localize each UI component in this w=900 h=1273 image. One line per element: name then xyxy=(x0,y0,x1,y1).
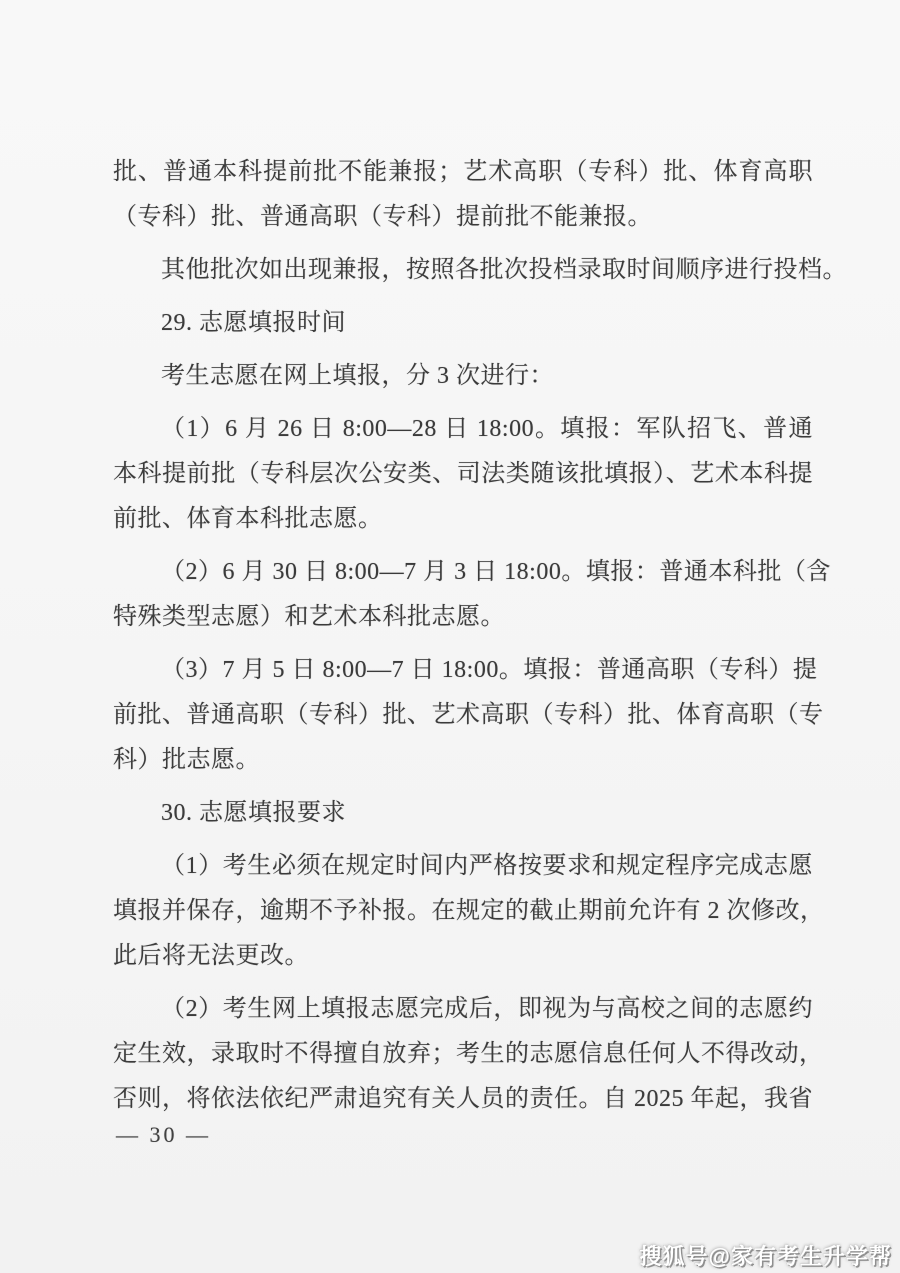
para-schedule-3-line-2: 前批、普通高职（专科）批、艺术高职（专科）批、体育高职（专 xyxy=(113,693,813,738)
para-schedule-2-line-1: （2）6 月 30 日 8:00—7 月 3 日 18:00。填报：普通本科批（… xyxy=(113,550,813,595)
para-requirement-2-line-2: 定生效，录取时不得擅自放弃；考生的志愿信息任何人不得改动， xyxy=(113,1032,813,1077)
para-schedule-1-line-1: （1）6 月 26 日 8:00—28 日 18:00。填报：军队招飞、普通 xyxy=(113,407,813,452)
para-requirement-2: （2）考生网上填报志愿完成后，即视为与高校之间的志愿约定生效，录取时不得擅自放弃… xyxy=(113,987,813,1122)
para-other-batches-line-1: 其他批次如出现兼报，按照各批次投档录取时间顺序进行投档。 xyxy=(113,248,813,293)
para-requirement-2-line-1: （2）考生网上填报志愿完成后，即视为与高校之间的志愿约 xyxy=(113,987,813,1032)
para-requirement-1-line-2: 填报并保存，逾期不予补报。在规定的截止期前允许有 2 次修改， xyxy=(113,889,813,934)
page-number: — 30 — xyxy=(116,1120,211,1150)
para-schedule-3: （3）7 月 5 日 8:00—7 日 18:00。填报：普通高职（专科）提前批… xyxy=(113,648,813,783)
para-batch-conflict-continued: 批、普通本科提前批不能兼报；艺术高职（专科）批、体育高职（专科）批、普通高职（专… xyxy=(113,150,813,240)
para-schedule-3-line-3: 科）批志愿。 xyxy=(113,738,813,783)
para-online-filling-intro: 考生志愿在网上填报，分 3 次进行： xyxy=(113,354,813,399)
para-batch-conflict-continued-line-2: （专科）批、普通高职（专科）提前批不能兼报。 xyxy=(113,195,813,240)
para-requirement-1-line-3: 此后将无法更改。 xyxy=(113,934,813,979)
para-schedule-2-line-2: 特殊类型志愿）和艺术本科批志愿。 xyxy=(113,595,813,640)
heading-item-29-line-1: 29. 志愿填报时间 xyxy=(113,301,813,346)
para-requirement-2-line-3: 否则，将依法依纪严肃追究有关人员的责任。自 2025 年起，我省 xyxy=(113,1077,813,1122)
document-body: 批、普通本科提前批不能兼报；艺术高职（专科）批、体育高职（专科）批、普通高职（专… xyxy=(113,150,813,1130)
heading-item-30: 30. 志愿填报要求 xyxy=(113,791,813,836)
para-online-filling-intro-line-1: 考生志愿在网上填报，分 3 次进行： xyxy=(113,354,813,399)
para-schedule-2: （2）6 月 30 日 8:00—7 月 3 日 18:00。填报：普通本科批（… xyxy=(113,550,813,640)
heading-item-30-line-1: 30. 志愿填报要求 xyxy=(113,791,813,836)
para-requirement-1-line-1: （1）考生必须在规定时间内严格按要求和规定程序完成志愿 xyxy=(113,844,813,889)
document-page: 批、普通本科提前批不能兼报；艺术高职（专科）批、体育高职（专科）批、普通高职（专… xyxy=(0,0,900,1273)
para-schedule-3-line-1: （3）7 月 5 日 8:00—7 日 18:00。填报：普通高职（专科）提 xyxy=(113,648,813,693)
para-batch-conflict-continued-line-1: 批、普通本科提前批不能兼报；艺术高职（专科）批、体育高职 xyxy=(113,150,813,195)
para-schedule-1: （1）6 月 26 日 8:00—28 日 18:00。填报：军队招飞、普通本科… xyxy=(113,407,813,542)
para-schedule-1-line-2: 本科提前批（专科层次公安类、司法类随该批填报）、艺术本科提 xyxy=(113,452,813,497)
heading-item-29: 29. 志愿填报时间 xyxy=(113,301,813,346)
para-other-batches: 其他批次如出现兼报，按照各批次投档录取时间顺序进行投档。 xyxy=(113,248,813,293)
para-schedule-1-line-3: 前批、体育本科批志愿。 xyxy=(113,497,813,542)
para-requirement-1: （1）考生必须在规定时间内严格按要求和规定程序完成志愿填报并保存，逾期不予补报。… xyxy=(113,844,813,979)
sohu-watermark: 搜狐号@家有考生升学帮 xyxy=(640,1240,892,1271)
